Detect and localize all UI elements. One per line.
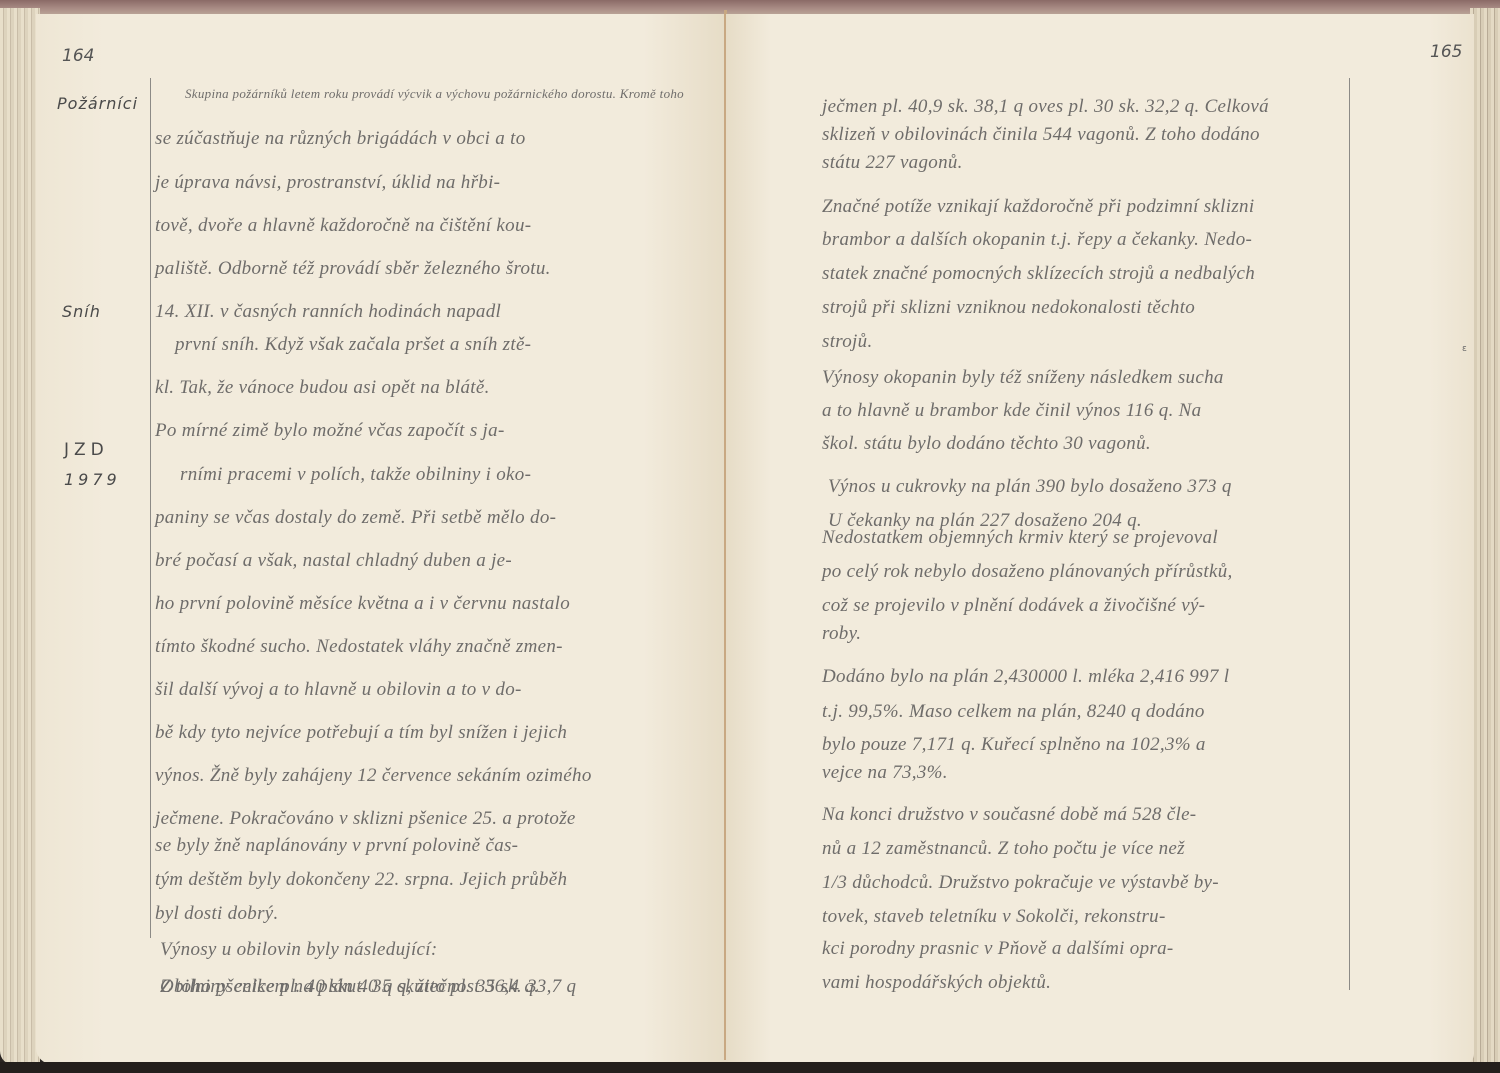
handwritten-line: strojů při sklizni vzniknou nedokonalost… (822, 297, 1195, 319)
right-page-number: 165 (1430, 42, 1462, 62)
handwritten-line: ho první polovině měsíce května a i v če… (155, 593, 570, 615)
handwritten-line: po celý rok nebylo dosaženo plánovaných … (822, 561, 1233, 583)
handwritten-line: tým deštěm byly dokončeny 22. srpna. Jej… (155, 869, 567, 891)
handwritten-line: nů a 12 zaměstnanců. Z toho počtu je víc… (822, 838, 1185, 860)
margin-note-fire: Požárníci (57, 94, 138, 113)
handwritten-line: se byly žně naplánovány v první polovině… (155, 835, 518, 857)
handwritten-line: roby. (822, 623, 861, 645)
handwritten-line: kl. Tak, že vánoce budou asi opět na blá… (155, 377, 490, 399)
handwritten-line: Dodáno bylo na plán 2,430000 l. mléka 2,… (822, 666, 1229, 688)
handwritten-line: strojů. (822, 331, 873, 353)
margin-mark: ε (1462, 344, 1467, 354)
handwritten-line: tovek, staveb teletníku v Sokolči, rekon… (822, 906, 1166, 928)
handwritten-line: bě kdy tyto nejvíce potřebují a tím byl … (155, 722, 567, 744)
handwritten-line: 1/3 důchodců. Družstvo pokračuje ve výst… (822, 872, 1219, 894)
handwritten-line: Nedostatkem objemných krmiv který se pro… (822, 527, 1218, 549)
handwritten-line: sklizeň v obilovinách činila 544 vagonů.… (822, 124, 1260, 146)
handwritten-line: ječmen pl. 40,9 sk. 38,1 q oves pl. 30 s… (822, 96, 1269, 118)
handwritten-line: což se projevilo v plnění dodávek a živo… (822, 595, 1205, 617)
handwritten-line: první sníh. Když však začala pršet a sní… (175, 334, 531, 356)
handwritten-line: 14. XII. v časných ranních hodinách napa… (155, 301, 501, 323)
handwritten-line: paniny se včas dostaly do země. Při setb… (155, 507, 556, 529)
handwritten-line: Výnos u cukrovky na plán 390 bylo dosaže… (828, 476, 1232, 498)
margin-note-snow: Sníh (62, 302, 101, 321)
handwritten-line: paliště. Odborně též provádí sběr železn… (155, 258, 551, 280)
table-surface (0, 1062, 1500, 1073)
handwritten-line: Značné potíže vznikají každoročně při po… (822, 196, 1254, 218)
left-page-number: 164 (62, 46, 94, 66)
handwritten-line: Z toho pšenice pl. 40 skut. 35 q, žito p… (160, 976, 576, 998)
handwritten-line: Výnosy u obilovin byly následující: (160, 939, 437, 961)
handwritten-line: tově, dvoře a hlavně každoročně na čiště… (155, 215, 531, 237)
handwritten-line: statek značné pomocných sklízecích stroj… (822, 263, 1255, 285)
left-margin-rule (150, 78, 151, 938)
handwritten-line: t.j. 99,5%. Maso celkem na plán, 8240 q … (822, 701, 1205, 723)
handwritten-line: bré počasí a však, nastal chladný duben … (155, 550, 512, 572)
handwritten-line: kci porodny prasnic v Pňově a dalšími op… (822, 938, 1174, 960)
handwritten-line: byl dosti dobrý. (155, 903, 279, 925)
handwritten-line: vami hospodářských objektů. (822, 972, 1051, 994)
right-page-stack (1470, 8, 1500, 1065)
left-page-stack (0, 8, 40, 1065)
handwritten-line: Výnosy okopanin byly též sníženy následk… (822, 367, 1224, 389)
right-margin-rule (1349, 78, 1350, 990)
handwritten-line: bylo pouze 7,171 q. Kuřecí splněno na 10… (822, 734, 1206, 756)
handwritten-line: a to hlavně u brambor kde činil výnos 11… (822, 400, 1201, 422)
handwritten-line: tímto škodné sucho. Nedostatek vláhy zna… (155, 636, 563, 658)
margin-note-jzd: JZD (64, 440, 109, 460)
handwritten-line: výnos. Žně byly zahájeny 12 července sek… (155, 765, 592, 787)
handwritten-line: Na konci družstvo v současné době má 528… (822, 804, 1196, 826)
margin-note-year: 1979 (64, 470, 121, 489)
handwritten-line: škol. státu bylo dodáno těchto 30 vagonů… (822, 433, 1151, 455)
handwritten-line: Skupina požárníků letem roku provádí výc… (185, 86, 684, 102)
handwritten-line: se zúčastňuje na různých brigádách v obc… (155, 128, 526, 150)
handwritten-line: státu 227 vagonů. (822, 152, 963, 174)
handwritten-line: vejce na 73,3%. (822, 762, 948, 784)
handwritten-line: ječmene. Pokračováno v sklizni pšenice 2… (155, 808, 576, 830)
handwritten-line: rními pracemi v polích, takže obilniny i… (180, 464, 531, 486)
handwritten-line: brambor a dalších okopanin t.j. řepy a č… (822, 229, 1252, 251)
handwritten-line: Po mírné zimě bylo možné včas započít s … (155, 420, 505, 442)
handwritten-line: je úprava návsi, prostranství, úklid na … (155, 172, 500, 194)
handwritten-line: šil další vývoj a to hlavně u obilovin a… (155, 679, 522, 701)
